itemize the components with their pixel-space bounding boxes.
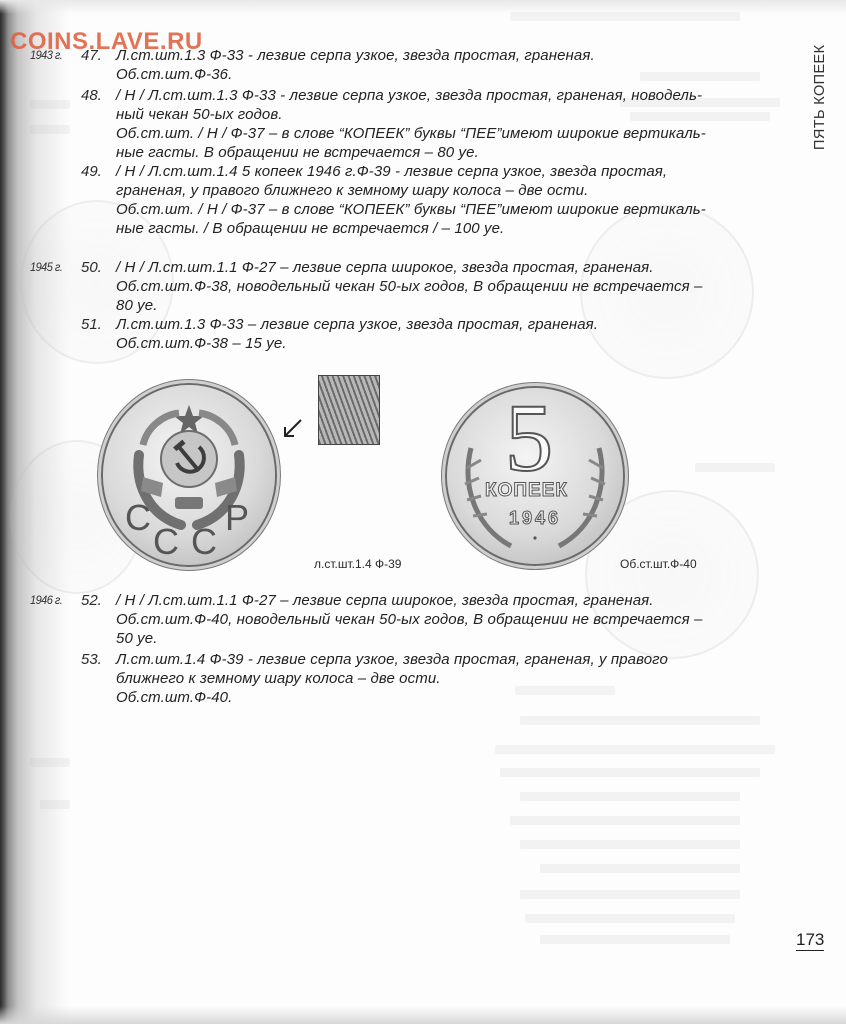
entry-text-line: / Н / Л.ст.шт.1.1 Ф-27 – лезвие серпа ши…: [116, 591, 702, 610]
legend-letter: С: [153, 521, 179, 563]
ghost-text: [525, 914, 735, 923]
entry-text-line: Л.ст.шт.1.3 Ф-33 - лезвие серпа узкое, з…: [116, 46, 595, 65]
entry-text-line: Об.ст.шт.Ф-36.: [116, 65, 595, 84]
ghost-text: [510, 12, 740, 21]
die-detail-closeup-image: [318, 375, 380, 445]
ghost-text: [40, 800, 70, 809]
entry-text-line: / Н / Л.ст.шт.1.4 5 копеек 1946 г.Ф-39 -…: [116, 162, 706, 181]
legend-letter: С: [125, 497, 151, 539]
page-bottom-shadow: [0, 1006, 846, 1024]
entry-number: 53.: [81, 650, 111, 669]
ghost-text: [640, 72, 760, 81]
entry-number: 50.: [81, 258, 111, 277]
entry-description: Л.ст.шт.1.3 Ф-33 - лезвие серпа узкое, з…: [116, 46, 595, 84]
entry-text-line: ный чекан 50-ых годов.: [116, 105, 706, 124]
entry-text-line: 80 уе.: [116, 296, 702, 315]
ghost-text: [30, 100, 70, 109]
ghost-text: [520, 890, 740, 899]
entry-description: Л.ст.шт.1.3 Ф-33 – лезвие серпа узкое, з…: [116, 315, 598, 353]
entry-description: / Н / Л.ст.шт.1.1 Ф-27 – лезвие серпа ши…: [116, 258, 702, 315]
ghost-text: [540, 864, 740, 873]
coin-word: КОПЕЕК: [485, 480, 568, 502]
reverse-caption: Об.ст.шт.Ф-40: [620, 557, 697, 571]
ghost-text: [500, 768, 760, 777]
page-number: 173: [796, 931, 824, 951]
coin-denomination: 5: [505, 382, 553, 493]
entry-text-line: Л.ст.шт.1.3 Ф-33 – лезвие серпа узкое, з…: [116, 315, 598, 334]
coin-obverse-image: С С С Р: [103, 385, 275, 565]
entry-number: 49.: [81, 162, 111, 181]
coin-year: 1946: [509, 508, 561, 529]
entry-text-line: / Н / Л.ст.шт.1.1 Ф-27 – лезвие серпа ши…: [116, 258, 702, 277]
ghost-text: [30, 125, 70, 134]
entry-text-line: Об.ст.шт.Ф-38, новодельный чекан 50-ых г…: [116, 277, 702, 296]
entry-year: 1943 г.: [30, 46, 74, 65]
entry-text-line: Об.ст.шт. / Н / Ф-37 – в слове “КОПЕЕК” …: [116, 124, 706, 143]
section-title: ПЯТЬ КОПЕЕК: [812, 45, 828, 150]
obverse-caption: л.ст.шт.1.4 Ф-39: [314, 557, 401, 571]
arrow-down-left-icon: [281, 418, 303, 440]
entry-description: Л.ст.шт.1.4 Ф-39 - лезвие серпа узкое, з…: [116, 650, 668, 707]
entry-text-line: 50 уе.: [116, 629, 702, 648]
entry-text-line: Об.ст.шт. / Н / Ф-37 – в слове “КОПЕЕК” …: [116, 200, 706, 219]
entry-text-line: Об.ст.шт.Ф-38 – 15 уе.: [116, 334, 598, 353]
entry-number: 47.: [81, 46, 111, 65]
entry-description: / Н / Л.ст.шт.1.4 5 копеек 1946 г.Ф-39 -…: [116, 162, 706, 238]
entry-text-line: ные гасты. / В обращении не встречается …: [116, 219, 706, 238]
entry-text-line: Л.ст.шт.1.4 Ф-39 - лезвие серпа узкое, з…: [116, 650, 668, 669]
entry-text-line: / Н / Л.ст.шт.1.3 Ф-33 - лезвие серпа уз…: [116, 86, 706, 105]
ghost-text: [520, 792, 740, 801]
ghost-text: [30, 758, 70, 767]
ghost-text: [510, 816, 740, 825]
entry-text-line: ные гасты. В обращении не встречается – …: [116, 143, 706, 162]
coin-reverse-image: 5 КОПЕЕК 1946: [447, 388, 623, 564]
entry-text-line: Об.ст.шт.Ф-40, новодельный чекан 50-ых г…: [116, 610, 702, 629]
entry-number: 48.: [81, 86, 111, 105]
entry-text-line: Об.ст.шт.Ф-40.: [116, 688, 668, 707]
ghost-text: [540, 935, 730, 944]
ghost-text: [695, 463, 775, 472]
entry-description: / Н / Л.ст.шт.1.3 Ф-33 - лезвие серпа уз…: [116, 86, 706, 162]
legend-letter: С: [191, 521, 217, 563]
legend-letter: Р: [225, 497, 249, 539]
entry-text-line: ближнего к земному шару колоса – две ост…: [116, 669, 668, 688]
ghost-text: [495, 745, 775, 754]
entry-number: 51.: [81, 315, 111, 334]
entry-text-line: граненая, у правого ближнего к земному ш…: [116, 181, 706, 200]
entry-year: 1945 г.: [30, 258, 74, 277]
entry-number: 52.: [81, 591, 111, 610]
ghost-text: [520, 840, 740, 849]
entry-description: / Н / Л.ст.шт.1.1 Ф-27 – лезвие серпа ши…: [116, 591, 702, 648]
entry-year: 1946 г.: [30, 591, 74, 610]
ghost-text: [520, 716, 760, 725]
